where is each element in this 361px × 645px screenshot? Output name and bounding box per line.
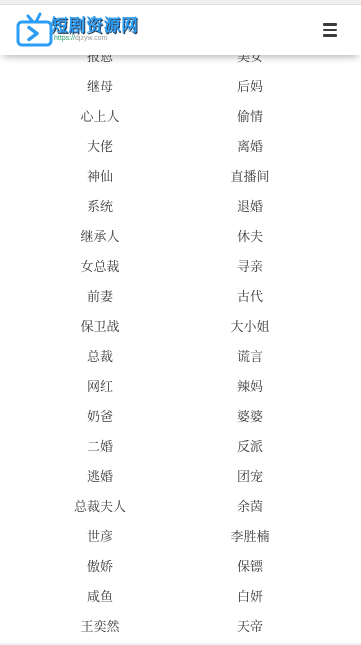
tag-link[interactable]: 团宠	[175, 462, 325, 492]
tag-row: 逃婚团宠	[25, 462, 325, 492]
site-logo-link[interactable]: 短剧资源网 https://djzyw.com	[16, 12, 139, 48]
tag-link[interactable]: 心上人	[25, 102, 175, 132]
tag-link[interactable]: 总裁夫人	[25, 492, 175, 522]
tag-row: 总裁夫人余茵	[25, 492, 325, 522]
tag-row: 继承人休夫	[25, 222, 325, 252]
tag-link[interactable]: 直播间	[175, 162, 325, 192]
tag-link[interactable]: 白妍	[175, 582, 325, 612]
tag-link[interactable]: 偷情	[175, 102, 325, 132]
tag-link[interactable]: 李胜楠	[175, 522, 325, 552]
tag-link[interactable]: 奶爸	[25, 402, 175, 432]
tag-row: 咸鱼白妍	[25, 582, 325, 612]
tag-row: 网红辣妈	[25, 372, 325, 402]
tag-row: 二婚反派	[25, 432, 325, 462]
tag-link[interactable]: 休夫	[175, 222, 325, 252]
hamburger-icon	[323, 23, 337, 26]
tag-link[interactable]: 神仙	[25, 162, 175, 192]
site-name: 短剧资源网	[51, 17, 139, 34]
page: 短剧资源网 https://djzyw.com 报恩美女继母后妈心上人偷情大佬离…	[0, 0, 361, 645]
tag-link[interactable]: 继承人	[25, 222, 175, 252]
site-url-host: djzyw.com	[75, 35, 107, 42]
tag-row: 心上人偷情	[25, 102, 325, 132]
tag-link[interactable]: 前妻	[25, 282, 175, 312]
tag-link[interactable]: 王奕然	[25, 612, 175, 642]
tag-link[interactable]: 余茵	[175, 492, 325, 522]
tag-link[interactable]: 继母	[25, 72, 175, 102]
header: 短剧资源网 https://djzyw.com	[0, 5, 361, 55]
tag-row: 总裁谎言	[25, 342, 325, 372]
tag-row: 保卫战大小姐	[25, 312, 325, 342]
tag-link[interactable]: 二婚	[25, 432, 175, 462]
tag-link[interactable]: 反派	[175, 432, 325, 462]
tag-row: 神仙直播间	[25, 162, 325, 192]
tag-row: 大佬离婚	[25, 132, 325, 162]
tag-link[interactable]: 寻亲	[175, 252, 325, 282]
tag-link[interactable]: 女总裁	[25, 252, 175, 282]
tag-row: 系统退婚	[25, 192, 325, 222]
tag-link[interactable]: 系统	[25, 192, 175, 222]
tv-play-icon	[16, 12, 53, 48]
menu-button[interactable]	[323, 19, 345, 41]
tag-link[interactable]: 逃婚	[25, 462, 175, 492]
tag-link[interactable]: 大佬	[25, 132, 175, 162]
tag-link[interactable]: 辣妈	[175, 372, 325, 402]
tag-row: 王奕然天帝	[25, 612, 325, 642]
tag-link[interactable]: 古代	[175, 282, 325, 312]
tag-link[interactable]: 退婚	[175, 192, 325, 222]
site-url: https://djzyw.com	[54, 35, 139, 43]
tag-link[interactable]: 咸鱼	[25, 582, 175, 612]
tag-row: 世彦李胜楠	[25, 522, 325, 552]
tag-link[interactable]: 傲娇	[25, 552, 175, 582]
tag-row: 继母后妈	[25, 72, 325, 102]
tag-row: 女总裁寻亲	[25, 252, 325, 282]
site-url-scheme: https://	[54, 35, 75, 42]
top-strip	[0, 0, 361, 5]
tag-link[interactable]: 后妈	[175, 72, 325, 102]
tag-link[interactable]: 天帝	[175, 612, 325, 642]
tag-link[interactable]: 总裁	[25, 342, 175, 372]
tag-link[interactable]: 谎言	[175, 342, 325, 372]
tag-link[interactable]: 保卫战	[25, 312, 175, 342]
tag-row: 前妻古代	[25, 282, 325, 312]
hamburger-icon	[323, 34, 337, 37]
tag-link[interactable]: 离婚	[175, 132, 325, 162]
tag-link[interactable]: 保镖	[175, 552, 325, 582]
tag-row: 奶爸婆婆	[25, 402, 325, 432]
hamburger-icon	[323, 29, 337, 32]
tag-list: 报恩美女继母后妈心上人偷情大佬离婚神仙直播间系统退婚继承人休夫女总裁寻亲前妻古代…	[25, 42, 325, 642]
tag-row: 傲娇保镖	[25, 552, 325, 582]
logo-text: 短剧资源网 https://djzyw.com	[51, 17, 139, 43]
tag-link[interactable]: 网红	[25, 372, 175, 402]
tag-link[interactable]: 大小姐	[175, 312, 325, 342]
tag-link[interactable]: 婆婆	[175, 402, 325, 432]
tag-link[interactable]: 世彦	[25, 522, 175, 552]
